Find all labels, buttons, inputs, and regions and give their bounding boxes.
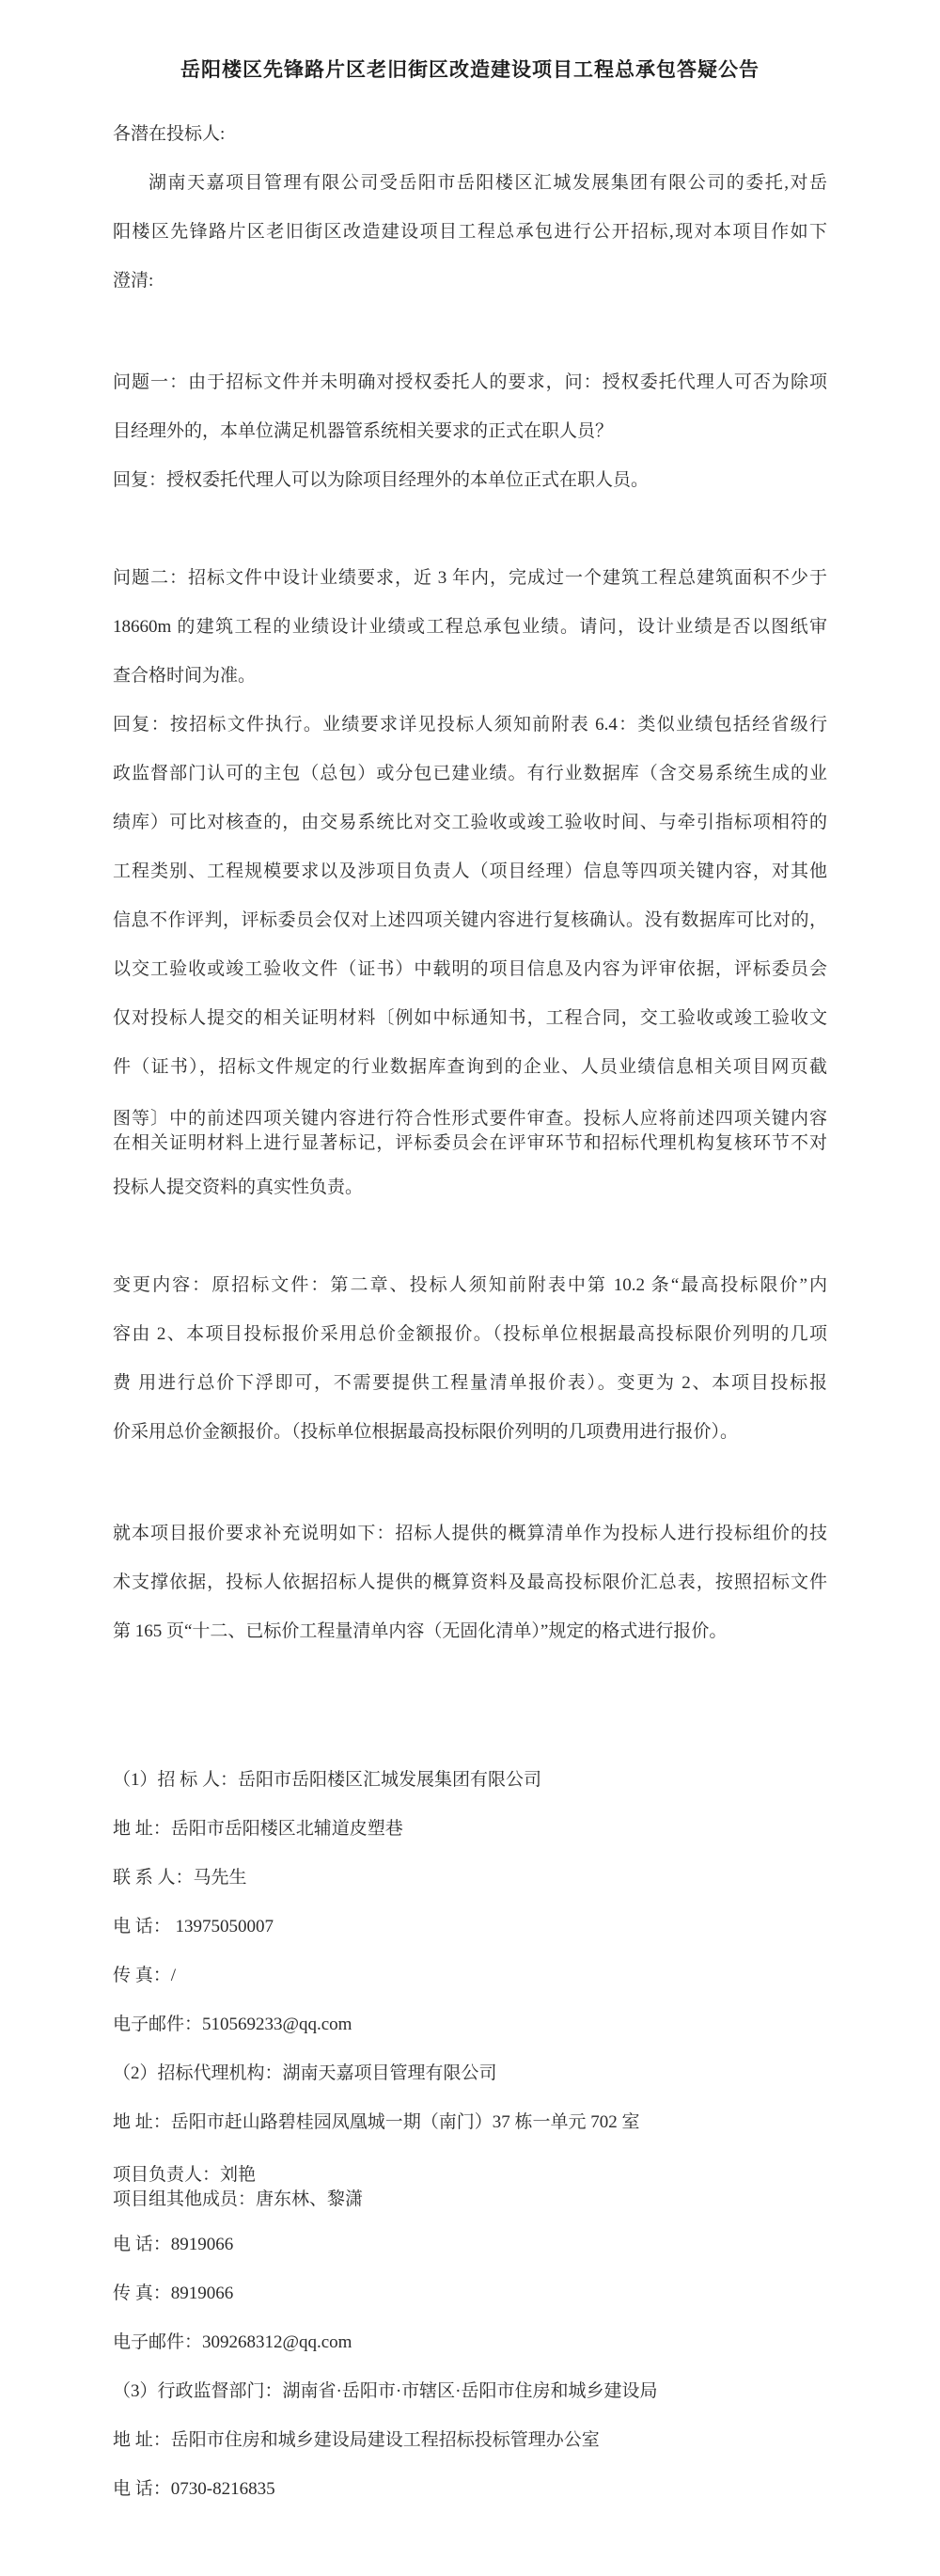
- text-line: 绩库）可比对核查的，由交易系统比对交工验收或竣工验收时间、与牵引指标项相符的: [113, 798, 827, 847]
- text-line: 图等〕中的前述四项关键内容进行符合性形式要件审查。投标人应将前述四项关键内容: [113, 1107, 827, 1131]
- text-line: 电 话： 13975050007: [113, 1903, 827, 1952]
- answer-2-part3: 投标人提交资料的真实性负责。: [113, 1163, 827, 1212]
- text-line: 地 址：岳阳市住房和城乡建设局建设工程招标投标管理办公室: [113, 2416, 827, 2465]
- text-line: 18660m 的建筑工程的业绩设计业绩或工程总承包业绩。请问，设计业绩是否以图纸…: [113, 603, 827, 652]
- text-line: 以交工验收或竣工验收文件（证书）中载明的项目信息及内容为评审依据，评标委员会: [113, 945, 827, 994]
- text-line: 联 系 人：马先生: [113, 1854, 827, 1903]
- contact-block-agency-staff: 项目负责人：刘艳项目组其他成员：唐东林、黎潇: [113, 2163, 827, 2212]
- document-page: 岳阳楼区先锋路片区老旧街区改造建设项目工程总承包答疑公告 各潜在投标人: 湖南天…: [0, 0, 940, 2576]
- text-line: 仅对投标人提交的相关证明材料〔例如中标通知书，工程合同，交工验收或竣工验收文: [113, 994, 827, 1043]
- text-line: （1）招 标 人：岳阳市岳阳楼区汇城发展集团有限公司: [113, 1756, 827, 1805]
- answer-2-part2: 图等〕中的前述四项关键内容进行符合性形式要件审查。投标人应将前述四项关键内容在相…: [113, 1107, 827, 1156]
- text-line: 问题一：由于招标文件并未明确对授权委托人的要求，问：授权委托代理人可否为除项: [113, 358, 827, 407]
- contact-block-agency-and-supervision: 电 话：8919066传 真：8919066电子邮件：309268312@qq.…: [113, 2220, 827, 2514]
- text-line: 就本项目报价要求补充说明如下：招标人提供的概算清单作为投标人进行投标组价的技: [113, 1509, 827, 1558]
- text-line: 查合格时间为准。: [113, 652, 827, 701]
- change-notice: 变更内容：原招标文件：第二章、投标人须知前附表中第 10.2 条“最高投标限价”…: [113, 1261, 827, 1457]
- text-line: 项目负责人：刘艳: [113, 2163, 827, 2188]
- text-line: 回复：按招标文件执行。业绩要求详见投标人须知前附表 6.4：类似业绩包括经省级行: [113, 701, 827, 750]
- text-line: 容由 2、本项目投标报价采用总价金额报价。（投标单位根据最高投标限价列明的几项: [113, 1310, 827, 1359]
- text-line: 信息不作评判，评标委员会仅对上述四项关键内容进行复核确认。没有数据库可比对的，: [113, 896, 827, 945]
- salutation: 各潜在投标人:: [113, 110, 827, 159]
- text-line: （2）招标代理机构：湖南天嘉项目管理有限公司: [113, 2049, 827, 2098]
- text-line: 费 用进行总价下浮即可，不需要提供工程量清单报价表）。变更为 2、本项目投标报: [113, 1359, 827, 1408]
- text-line: 电子邮件：510569233@qq.com: [113, 2000, 827, 2049]
- text-line: 电子邮件：309268312@qq.com: [113, 2318, 827, 2367]
- text-line: 在相关证明材料上进行显著标记，评标委员会在评审环节和招标代理机构复核环节不对: [113, 1131, 827, 1156]
- intro-paragraph: 湖南天嘉项目管理有限公司受岳阳市岳阳楼区汇城发展集团有限公司的委托,对岳阳楼区先…: [113, 159, 827, 306]
- text-line: 回复：授权委托代理人可以为除项目经理外的本单位正式在职人员。: [113, 456, 827, 505]
- contact-block-tenderer-and-agency: （1）招 标 人：岳阳市岳阳楼区汇城发展集团有限公司地 址：岳阳市岳阳楼区北辅道…: [113, 1756, 827, 2147]
- page-title: 岳阳楼区先锋路片区老旧街区改造建设项目工程总承包答疑公告: [113, 45, 827, 94]
- text-line: （3）行政监督部门：湖南省·岳阳市·市辖区·岳阳市住房和城乡建设局: [113, 2367, 827, 2416]
- text-line: 变更内容：原招标文件：第二章、投标人须知前附表中第 10.2 条“最高投标限价”…: [113, 1261, 827, 1310]
- answer-1: 回复：授权委托代理人可以为除项目经理外的本单位正式在职人员。: [113, 456, 827, 505]
- text-line: 第 165 页“十二、已标价工程量清单内容（无固化清单）”规定的格式进行报价。: [113, 1607, 827, 1656]
- question-2: 问题二：招标文件中设计业绩要求，近 3 年内，完成过一个建筑工程总建筑面积不少于…: [113, 554, 827, 701]
- text-line: 传 真：/: [113, 1952, 827, 2000]
- text-line: 投标人提交资料的真实性负责。: [113, 1163, 827, 1212]
- text-line: 电 话：0730-8216835: [113, 2465, 827, 2514]
- text-line: 问题二：招标文件中设计业绩要求，近 3 年内，完成过一个建筑工程总建筑面积不少于: [113, 554, 827, 603]
- text-line: 地 址：岳阳市赶山路碧桂园凤凰城一期（南门）37 栋一单元 702 室: [113, 2098, 827, 2147]
- question-1: 问题一：由于招标文件并未明确对授权委托人的要求，问：授权委托代理人可否为除项目经…: [113, 358, 827, 456]
- text-line: 阳楼区先锋路片区老旧街区改造建设项目工程总承包进行公开招标,现对本项目作如下: [113, 208, 827, 257]
- text-line: 术支撑依据，投标人依据招标人提供的概算资料及最高投标限价汇总表，按照招标文件: [113, 1558, 827, 1607]
- text-line: 目经理外的，本单位满足机器管系统相关要求的正式在职人员？: [113, 407, 827, 456]
- text-line: 价采用总价金额报价。（投标单位根据最高投标限价列明的几项费用进行报价）。: [113, 1408, 827, 1457]
- text-line: 项目组其他成员：唐东林、黎潇: [113, 2188, 827, 2212]
- text-line: 电 话：8919066: [113, 2220, 827, 2269]
- text-line: 澄清:: [113, 257, 827, 306]
- answer-2-part1: 回复：按招标文件执行。业绩要求详见投标人须知前附表 6.4：类似业绩包括经省级行…: [113, 701, 827, 1092]
- text-line: 地 址：岳阳市岳阳楼区北辅道皮塑巷: [113, 1805, 827, 1854]
- text-line: 传 真：8919066: [113, 2269, 827, 2318]
- text-line: 湖南天嘉项目管理有限公司受岳阳市岳阳楼区汇城发展集团有限公司的委托,对岳: [113, 159, 827, 208]
- text-line: 政监督部门认可的主包（总包）或分包已建业绩。有行业数据库（含交易系统生成的业: [113, 750, 827, 798]
- text-line: 工程类别、工程规模要求以及涉项目负责人（项目经理）信息等四项关键内容，对其他: [113, 847, 827, 896]
- pricing-supplement: 就本项目报价要求补充说明如下：招标人提供的概算清单作为投标人进行投标组价的技术支…: [113, 1509, 827, 1656]
- text-line: 件（证书），招标文件规定的行业数据库查询到的企业、人员业绩信息相关项目网页截: [113, 1043, 827, 1092]
